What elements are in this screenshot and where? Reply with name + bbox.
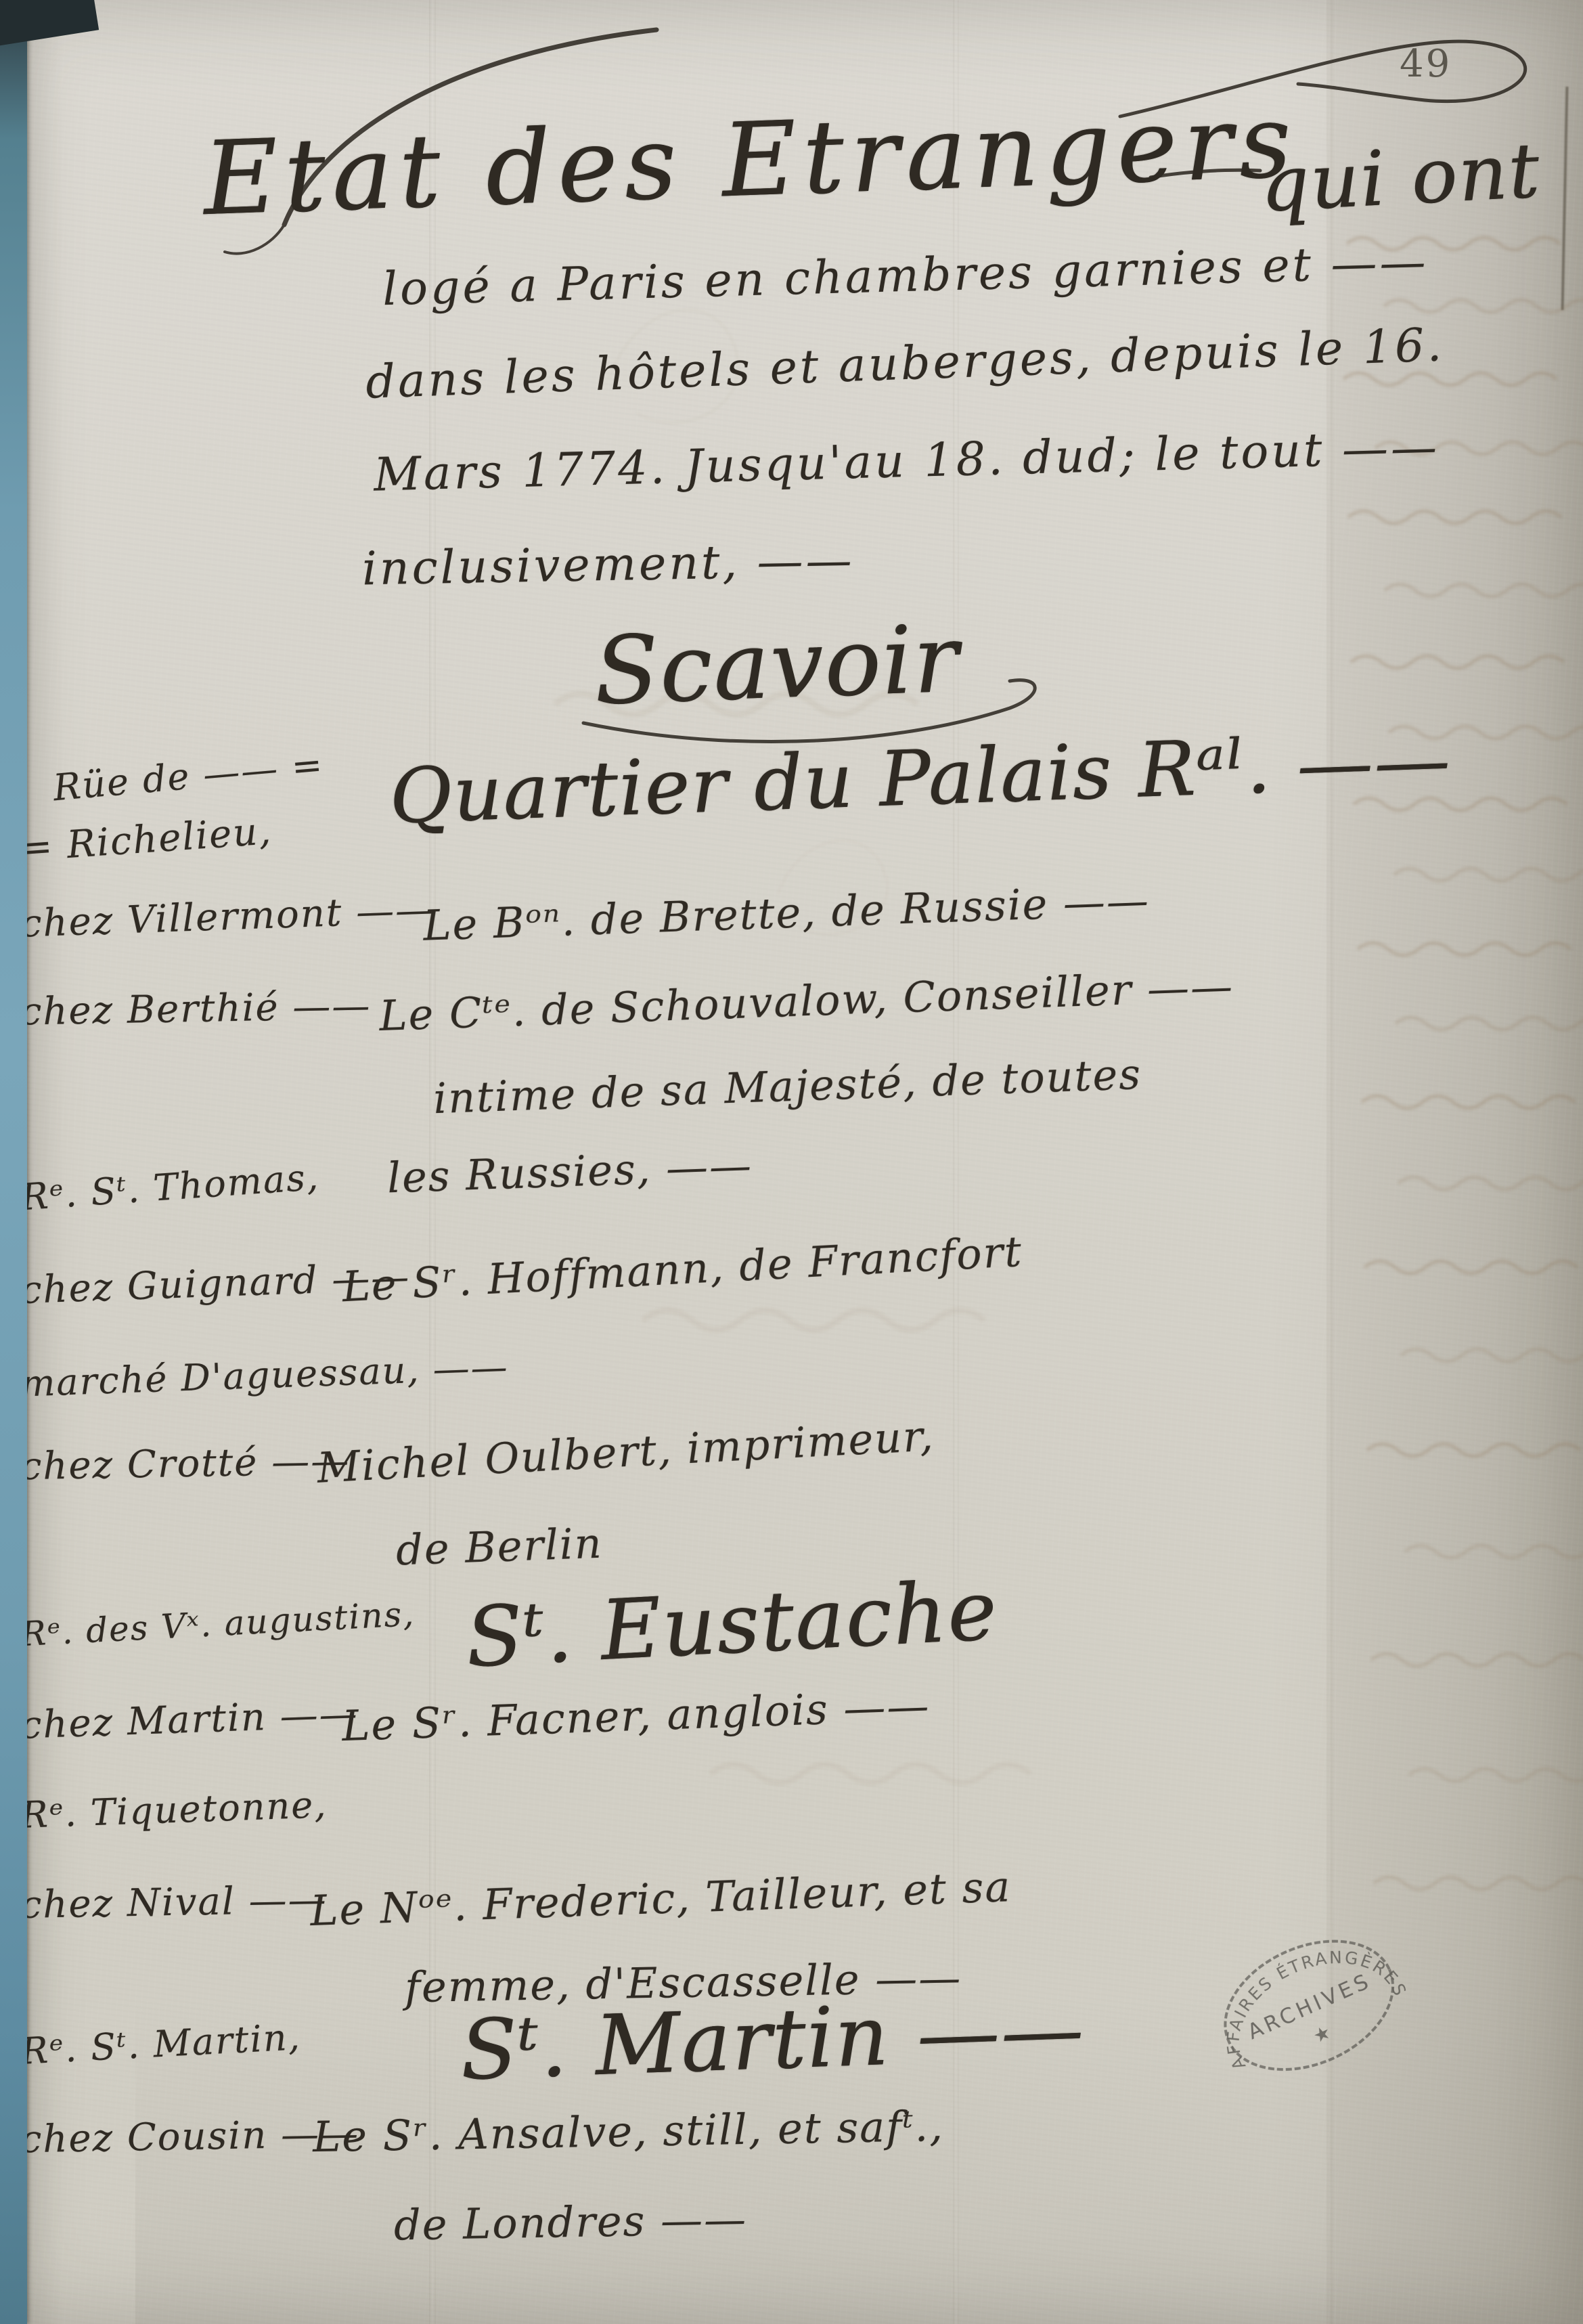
entry-ansalve-cont: de Londres —— bbox=[393, 2194, 747, 2250]
section-heading-st-eustache: Sᵗ. Eustache bbox=[464, 1562, 1000, 1686]
binding-corner bbox=[0, 0, 99, 48]
margin-note-chez-martin: chez Martin —— bbox=[20, 1692, 359, 1747]
entry-facner: Le Sʳ. Facner, anglois —— bbox=[341, 1681, 931, 1751]
entry-frederic: Le Nᵒᵉ. Frederic, Tailleur, et sa bbox=[309, 1862, 1012, 1935]
entry-schouvalow-cont: intime de sa Majesté, de toutes bbox=[432, 1049, 1142, 1124]
margin-note-chez-berthie: chez Berthié —— bbox=[20, 984, 371, 1034]
entry-oulbert: Michel Oulbert, imprimeur, bbox=[316, 1411, 935, 1493]
entry-brette: Le Bᵒⁿ. de Brette, de Russie —— bbox=[422, 875, 1151, 950]
entry-les-russies: les Russies, —— bbox=[386, 1141, 753, 1203]
section-heading-palais-royal: Quartier du Palais Rᵃˡ. —— bbox=[388, 716, 1452, 841]
margin-street-st-thomas: Rᵉ. Sᵗ. Thomas, bbox=[19, 1156, 320, 1219]
margin-note-chez-nival: chez Nival —— bbox=[20, 1878, 328, 1927]
entry-ansalve: Le Sʳ. Ansalve, still, et safᵗ., bbox=[312, 2101, 944, 2162]
margin-street-vieux-augustins: Rᵉ. des Vˣ. augustins, bbox=[20, 1594, 416, 1654]
margin-note-chez-crotte: chez Crotté —— bbox=[20, 1439, 350, 1489]
subtitle-line-3: Mars 1774. Jusqu'au 18. dud; le tout —— bbox=[373, 420, 1440, 502]
margin-street-richelieu-1: Rüe de —— = bbox=[51, 743, 326, 810]
savoir-heading: Scavoir bbox=[592, 605, 961, 726]
stamp-star-icon: ★ bbox=[1310, 2021, 1334, 2048]
subtitle-line-4: inclusivement, —— bbox=[361, 534, 855, 596]
margin-street-tiquetonne: Rᵉ. Tiquetonne, bbox=[20, 1783, 328, 1837]
margin-street-st-martin: Rᵉ. Sᵗ. Martin, bbox=[20, 2015, 302, 2073]
margin-note-chez-cousin: chez Cousin —— bbox=[20, 2112, 359, 2162]
subtitle-line-2: dans les hôtels et auberges, depuis le 1… bbox=[365, 318, 1445, 410]
subtitle-line-1: logé a Paris en chambres garnies et —— bbox=[382, 236, 1429, 316]
page-title-left: Etat des Etrangers bbox=[201, 83, 1299, 238]
archive-stamp: AFFAIRES ÉTRANGÈRES ARCHIVES ★ bbox=[1191, 1900, 1434, 2112]
margin-note-chez-villermont: chez Villermont —— bbox=[20, 887, 435, 946]
page-number: 49 bbox=[1400, 42, 1452, 86]
binding-edge bbox=[0, 0, 27, 2324]
page-edge-line bbox=[1561, 87, 1569, 310]
entry-oulbert-cont: de Berlin bbox=[395, 1518, 604, 1575]
manuscript-page: 49 Etat des Etrangers qui ont logé a Par… bbox=[0, 0, 1583, 2324]
page-title-right: qui ont bbox=[1258, 127, 1542, 229]
entry-hoffmann: Le Sʳ. Hoffmann, de Francfort bbox=[341, 1227, 1024, 1312]
margin-street-richelieu-2: = Richelieu, bbox=[19, 809, 273, 871]
entry-schouvalow: Le Cᵗᵉ. de Schouvalow, Conseiller —— bbox=[378, 961, 1234, 1040]
margin-street-marche-daguessau: marché D'aguessau, —— bbox=[20, 1345, 509, 1405]
